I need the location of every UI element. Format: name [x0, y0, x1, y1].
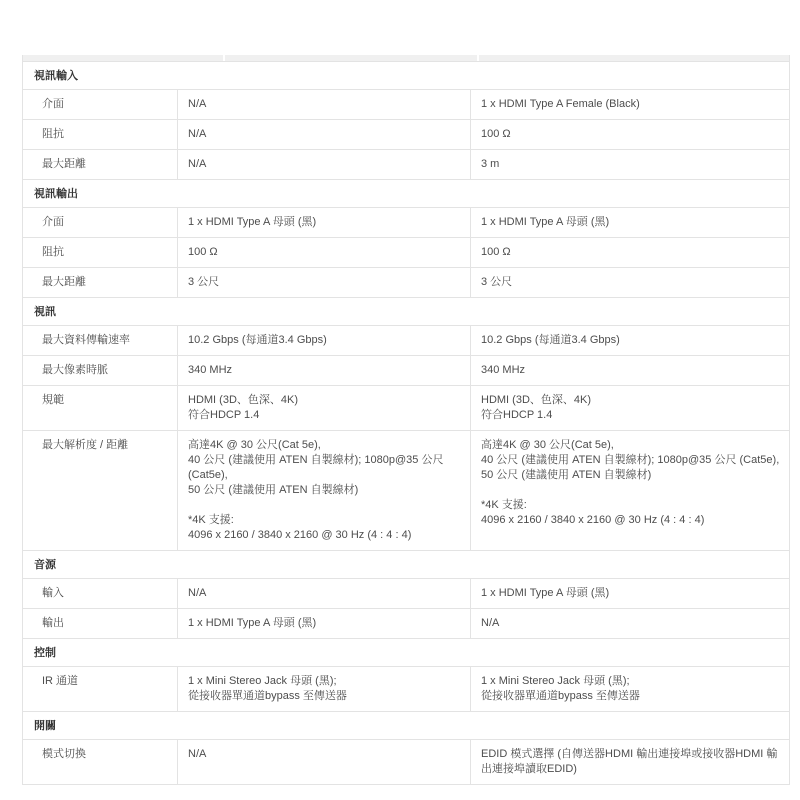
spec-row: 輸入N/A1 x HDMI Type A 母頭 (黑): [23, 579, 789, 609]
spec-row: IR 通道1 x Mini Stereo Jack 母頭 (黑); 從接收器單通…: [23, 667, 789, 712]
spec-value-product2: 3 公尺: [471, 268, 789, 297]
spec-value-product1: N/A: [178, 150, 471, 179]
spec-value-product1: 100 Ω: [178, 238, 471, 267]
section-header: 視訊: [23, 298, 789, 326]
section-header: 音源: [23, 551, 789, 579]
spec-value-product2: 高達4K @ 30 公尺(Cat 5e), 40 公尺 (建議使用 ATEN 自…: [471, 431, 789, 550]
spec-value-product1: N/A: [178, 90, 471, 119]
spec-value-product1: N/A: [178, 120, 471, 149]
section-header: 視訊輸出: [23, 180, 789, 208]
spec-table: 視訊輸入介面N/A1 x HDMI Type A Female (Black)阻…: [22, 55, 790, 785]
spec-row: 規範HDMI (3D、色深、4K) 符合HDCP 1.4HDMI (3D、色深、…: [23, 386, 789, 431]
spec-label: 規範: [23, 386, 178, 430]
spec-label: 最大距離: [23, 150, 178, 179]
spec-value-product1: 10.2 Gbps (每通道3.4 Gbps): [178, 326, 471, 355]
spec-label: 介面: [23, 208, 178, 237]
spec-row: 最大像素時脈340 MHz340 MHz: [23, 356, 789, 386]
spec-value-product2: EDID 模式選擇 (自傳送器HDMI 輸出連接埠或接收器HDMI 輸出連接埠讀…: [471, 740, 789, 784]
spec-value-product1: 3 公尺: [178, 268, 471, 297]
spec-value-product1: 高達4K @ 30 公尺(Cat 5e), 40 公尺 (建議使用 ATEN 自…: [178, 431, 471, 550]
spec-value-product2: 1 x Mini Stereo Jack 母頭 (黑); 從接收器單通道bypa…: [471, 667, 789, 711]
spec-label: 阻抗: [23, 120, 178, 149]
spec-row: 阻抗N/A100 Ω: [23, 120, 789, 150]
spec-value-product2: 1 x HDMI Type A Female (Black): [471, 90, 789, 119]
spec-value-product2: 100 Ω: [471, 120, 789, 149]
spec-value-product2: HDMI (3D、色深、4K) 符合HDCP 1.4: [471, 386, 789, 430]
spec-label: 最大解析度 / 距離: [23, 431, 178, 550]
section-header: 開關: [23, 712, 789, 740]
spec-row: 最大距離3 公尺3 公尺: [23, 268, 789, 298]
spec-label: 阻抗: [23, 238, 178, 267]
spec-row: 最大資料傳輸速率10.2 Gbps (每通道3.4 Gbps)10.2 Gbps…: [23, 326, 789, 356]
spec-value-product1: 340 MHz: [178, 356, 471, 385]
spec-value-product1: HDMI (3D、色深、4K) 符合HDCP 1.4: [178, 386, 471, 430]
spec-value-product2: 1 x HDMI Type A 母頭 (黑): [471, 208, 789, 237]
spec-label: 最大資料傳輸速率: [23, 326, 178, 355]
spec-value-product1: 1 x HDMI Type A 母頭 (黑): [178, 609, 471, 638]
header-strip-divider: [477, 55, 479, 61]
spec-label: 介面: [23, 90, 178, 119]
spec-row: 阻抗100 Ω100 Ω: [23, 238, 789, 268]
spec-value-product2: 1 x HDMI Type A 母頭 (黑): [471, 579, 789, 608]
spec-label: 輸出: [23, 609, 178, 638]
spec-row: 介面N/A1 x HDMI Type A Female (Black): [23, 90, 789, 120]
spec-label: IR 通道: [23, 667, 178, 711]
spec-value-product2: 3 m: [471, 150, 789, 179]
spec-value-product2: 100 Ω: [471, 238, 789, 267]
spec-label: 模式切換: [23, 740, 178, 784]
spec-value-product1: N/A: [178, 579, 471, 608]
spec-row: 輸出1 x HDMI Type A 母頭 (黑)N/A: [23, 609, 789, 639]
spec-row: 最大距離N/A3 m: [23, 150, 789, 180]
spec-value-product1: N/A: [178, 740, 471, 784]
spec-row: 介面1 x HDMI Type A 母頭 (黑)1 x HDMI Type A …: [23, 208, 789, 238]
table-header-strip: [23, 55, 789, 62]
spec-row: 模式切換N/AEDID 模式選擇 (自傳送器HDMI 輸出連接埠或接收器HDMI…: [23, 740, 789, 785]
spec-value-product2: 10.2 Gbps (每通道3.4 Gbps): [471, 326, 789, 355]
section-header: 控制: [23, 639, 789, 667]
spec-label: 最大像素時脈: [23, 356, 178, 385]
spec-value-product1: 1 x Mini Stereo Jack 母頭 (黑); 從接收器單通道bypa…: [178, 667, 471, 711]
spec-table-body: 視訊輸入介面N/A1 x HDMI Type A Female (Black)阻…: [23, 62, 789, 785]
spec-row: 最大解析度 / 距離高達4K @ 30 公尺(Cat 5e), 40 公尺 (建…: [23, 431, 789, 551]
spec-value-product2: 340 MHz: [471, 356, 789, 385]
section-header: 視訊輸入: [23, 62, 789, 90]
spec-label: 最大距離: [23, 268, 178, 297]
spec-value-product1: 1 x HDMI Type A 母頭 (黑): [178, 208, 471, 237]
spec-value-product2: N/A: [471, 609, 789, 638]
header-strip-divider: [223, 55, 225, 61]
spec-label: 輸入: [23, 579, 178, 608]
